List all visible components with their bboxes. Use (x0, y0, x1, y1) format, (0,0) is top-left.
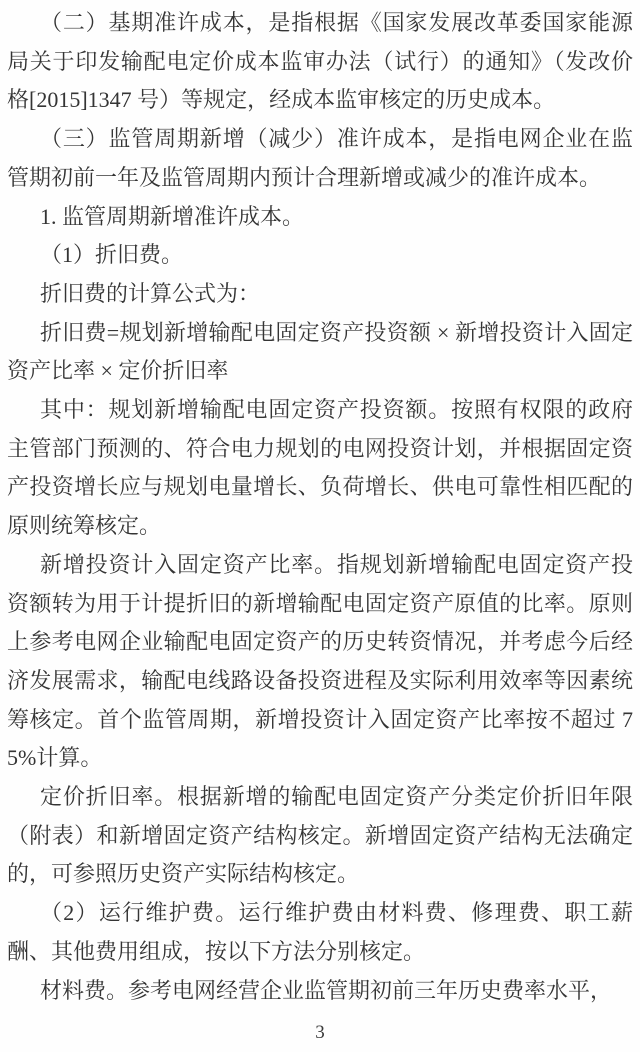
paragraph-planned-investment: 其中：规划新增输配电固定资产投资额。按照有权限的政府主管部门预测的、符合电力规划… (7, 391, 633, 546)
paragraph-formula-intro: 折旧费的计算公式为： (7, 275, 633, 314)
paragraph-investment-ratio: 新增投资计入固定资产比率。指规划新增输配电固定资产投资额转为用于计提折旧的新增输… (7, 546, 633, 778)
paragraph-depreciation-heading: （1）折旧费。 (7, 236, 633, 275)
document-page: （二）基期准许成本，是指根据《国家发展改革委国家能源局关于印发输配电定价成本监审… (0, 0, 640, 1052)
paragraph-operation-maintenance-fee: （2）运行维护费。运行维护费由材料费、修理费、职工薪酬、其他费用组成，按以下方法… (7, 894, 633, 971)
paragraph-base-period-cost: （二）基期准许成本，是指根据《国家发展改革委国家能源局关于印发输配电定价成本监审… (7, 4, 633, 120)
paragraph-material-fee: 材料费。参考电网经营企业监管期初前三年历史费率水平， (7, 972, 633, 1011)
paragraph-pricing-depreciation-rate: 定价折旧率。根据新增的输配电固定资产分类定价折旧年限（附表）和新增固定资产结构核… (7, 778, 633, 894)
paragraph-regulatory-period-cost: （三）监管周期新增（减少）准许成本，是指电网企业在监管期初前一年及监管周期内预计… (7, 120, 633, 197)
paragraph-depreciation-formula: 折旧费=规划新增输配电固定资产投资额 × 新增投资计入固定资产比率 × 定价折旧… (7, 314, 633, 391)
page-number: 3 (0, 1022, 640, 1044)
paragraph-new-approved-cost-heading: 1. 监管周期新增准许成本。 (7, 198, 633, 237)
